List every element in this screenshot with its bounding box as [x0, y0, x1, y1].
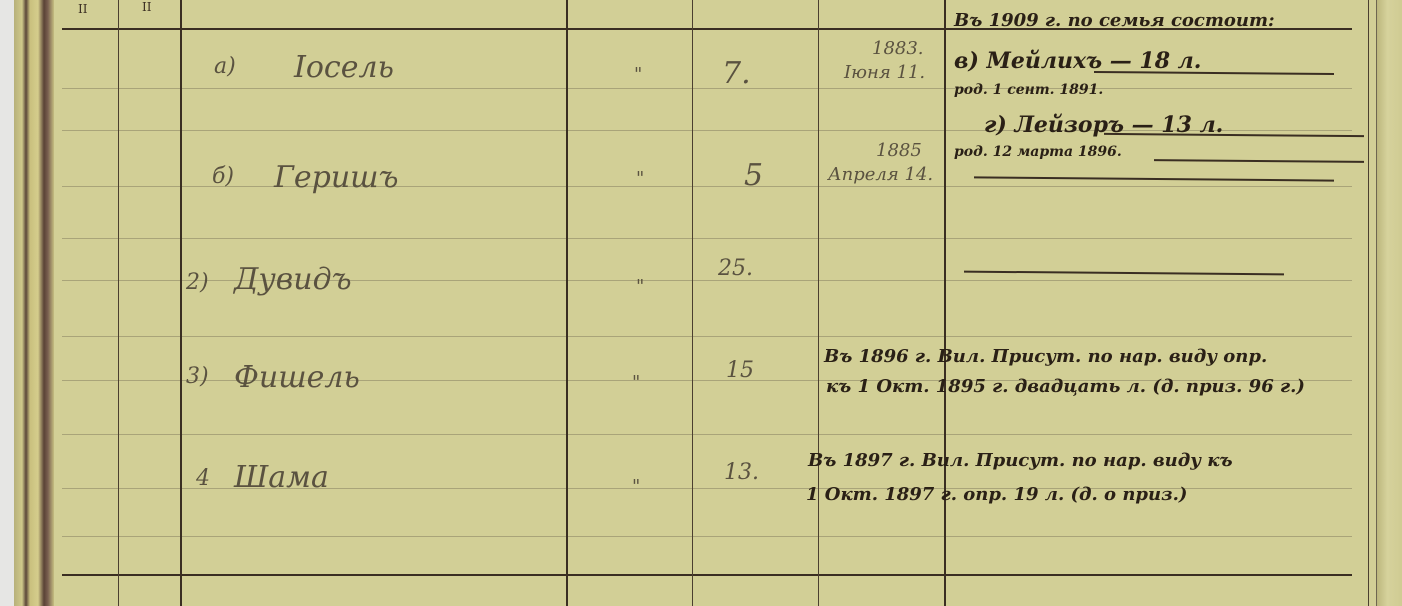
column-divider	[566, 0, 568, 606]
note-line: в) Мейлихъ — 18 л.	[954, 48, 1201, 74]
row-number: 4	[196, 466, 210, 491]
row-name: Шама	[234, 460, 329, 495]
column-divider	[944, 0, 946, 606]
note-line: род. 12 марта 1896.	[954, 144, 1122, 160]
row-birth-date: Іюня 11.	[844, 62, 925, 83]
row-age: 25.	[718, 256, 753, 281]
ruled-line	[62, 434, 1352, 435]
book-spine	[14, 0, 54, 606]
ruled-line	[62, 536, 1352, 537]
row-age: 15	[726, 358, 754, 383]
hand-rule	[1094, 71, 1334, 75]
row-birth-year: 1885	[876, 140, 922, 161]
row-ditto: "	[632, 372, 640, 393]
column-divider	[692, 0, 693, 606]
note-line: 1 Окт. 1897 г. опр. 19 л. (д. о приз.)	[806, 484, 1187, 505]
row-name: Фишель	[234, 360, 360, 395]
row-birth-date: Апреля 14.	[828, 164, 933, 185]
ledger-page: II II а) Іосель " 7. 1883. Іюня 11. Въ 1…	[54, 0, 1376, 606]
row-age: 7.	[722, 56, 751, 91]
row-ditto: "	[634, 64, 642, 85]
row-age: 13.	[724, 460, 759, 485]
hand-rule	[964, 271, 1284, 276]
column-divider	[180, 0, 182, 606]
row-age: 5	[744, 158, 763, 193]
row-ditto: "	[632, 476, 640, 497]
note-line: Въ 1909 г. по семья состоит:	[954, 10, 1275, 31]
ruled-line	[62, 186, 1352, 187]
next-page-edge	[1376, 0, 1402, 606]
ruled-line	[62, 88, 1352, 89]
row-number: 3)	[186, 364, 209, 389]
column-divider	[118, 0, 119, 606]
hand-rule	[974, 176, 1334, 181]
row-name: Геришъ	[274, 160, 399, 195]
header-mark-1: II	[78, 2, 87, 16]
note-line: Въ 1897 г. Вил. Присут. по нар. виду къ	[808, 450, 1233, 471]
hand-rule	[1154, 159, 1364, 163]
note-line: къ 1 Окт. 1895 г. двадцать л. (д. приз. …	[826, 376, 1305, 397]
row-name: Дувидъ	[234, 262, 352, 297]
row-number: б)	[212, 164, 234, 189]
header-mark-2: II	[142, 0, 151, 14]
row-ditto: "	[636, 276, 644, 297]
ruled-line	[62, 336, 1352, 337]
note-line: род. 1 сент. 1891.	[954, 82, 1103, 98]
row-number: а)	[214, 54, 236, 79]
row-name: Іосель	[294, 50, 394, 85]
ruled-line	[62, 238, 1352, 239]
note-line: Въ 1896 г. Вил. Присут. по нар. виду опр…	[824, 346, 1267, 367]
column-divider	[1368, 0, 1369, 606]
column-divider	[818, 0, 819, 606]
row-number: 2)	[186, 270, 209, 295]
row-ditto: "	[636, 168, 644, 189]
footer-rule	[62, 574, 1352, 576]
row-birth-year: 1883.	[872, 38, 924, 59]
